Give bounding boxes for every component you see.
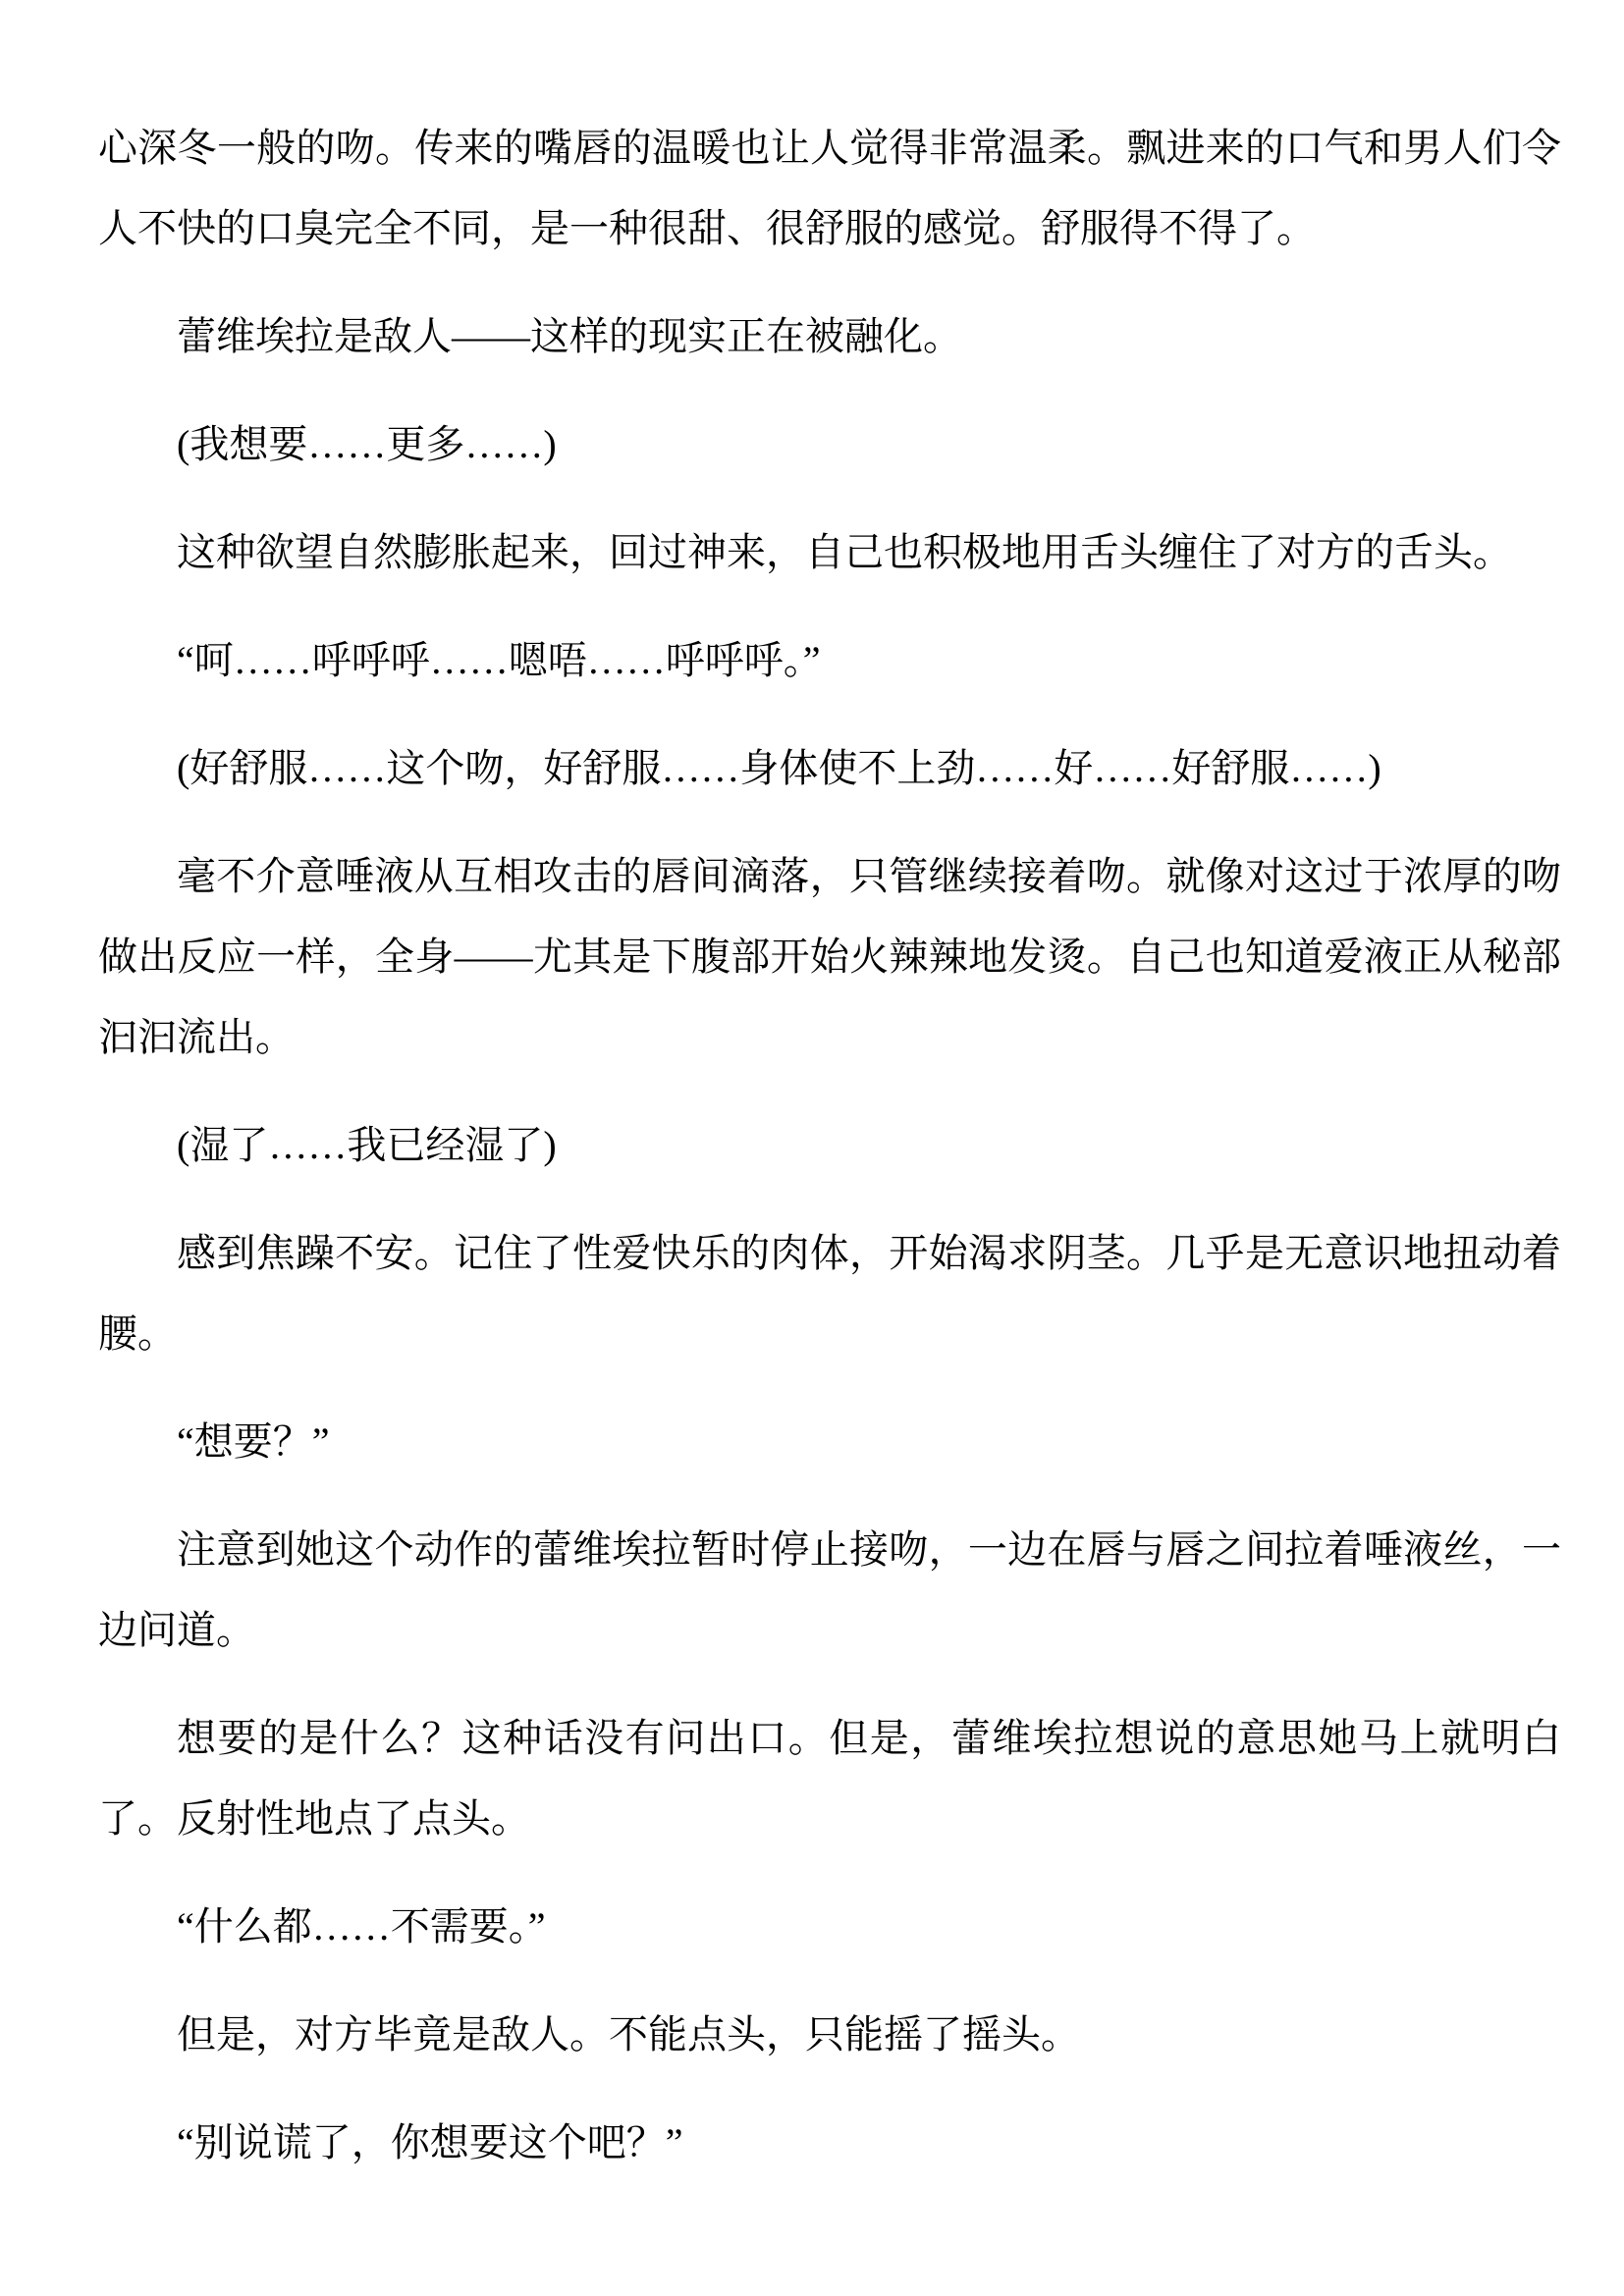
paragraph: “别说谎了，你想要这个吧？”	[98, 2103, 1561, 2183]
paragraph: (好舒服……这个吻，好舒服……身体使不上劲……好……好舒服……)	[98, 728, 1561, 809]
paragraph: 注意到她这个动作的蕾维埃拉暂时停止接吻，一边在唇与唇之间拉着唾液丝，一边问道。	[98, 1510, 1561, 1671]
paragraph: “呵……呼呼呼……嗯唔……呼呼呼。”	[98, 620, 1561, 701]
paragraph: “想要？”	[98, 1402, 1561, 1482]
document-page: 心深冬一般的吻。传来的嘴唇的温暖也让人觉得非常温柔。飘进来的口气和男人们令人不快…	[0, 0, 1624, 2296]
paragraph: 但是，对方毕竟是敌人。不能点头，只能摇了摇头。	[98, 1995, 1561, 2075]
paragraph: 这种欲望自然膨胀起来，回过神来，自己也积极地用舌头缠住了对方的舌头。	[98, 512, 1561, 593]
paragraph: “什么都……不需要。”	[98, 1887, 1561, 1967]
paragraph: 毫不介意唾液从互相攻击的唇间滴落，只管继续接着吻。就像对这过于浓厚的吻做出反应一…	[98, 836, 1561, 1078]
paragraph: 心深冬一般的吻。传来的嘴唇的温暖也让人觉得非常温柔。飘进来的口气和男人们令人不快…	[98, 108, 1561, 269]
paragraph: (我想要……更多……)	[98, 404, 1561, 485]
paragraph: 感到焦躁不安。记住了性爱快乐的肉体，开始渴求阴茎。几乎是无意识地扭动着腰。	[98, 1213, 1561, 1374]
paragraph: 想要的是什么？这种话没有问出口。但是，蕾维埃拉想说的意思她马上就明白了。反射性地…	[98, 1698, 1561, 1859]
paragraph: (湿了……我已经湿了)	[98, 1105, 1561, 1186]
paragraph: 蕾维埃拉是敌人——这样的现实正在被融化。	[98, 296, 1561, 377]
